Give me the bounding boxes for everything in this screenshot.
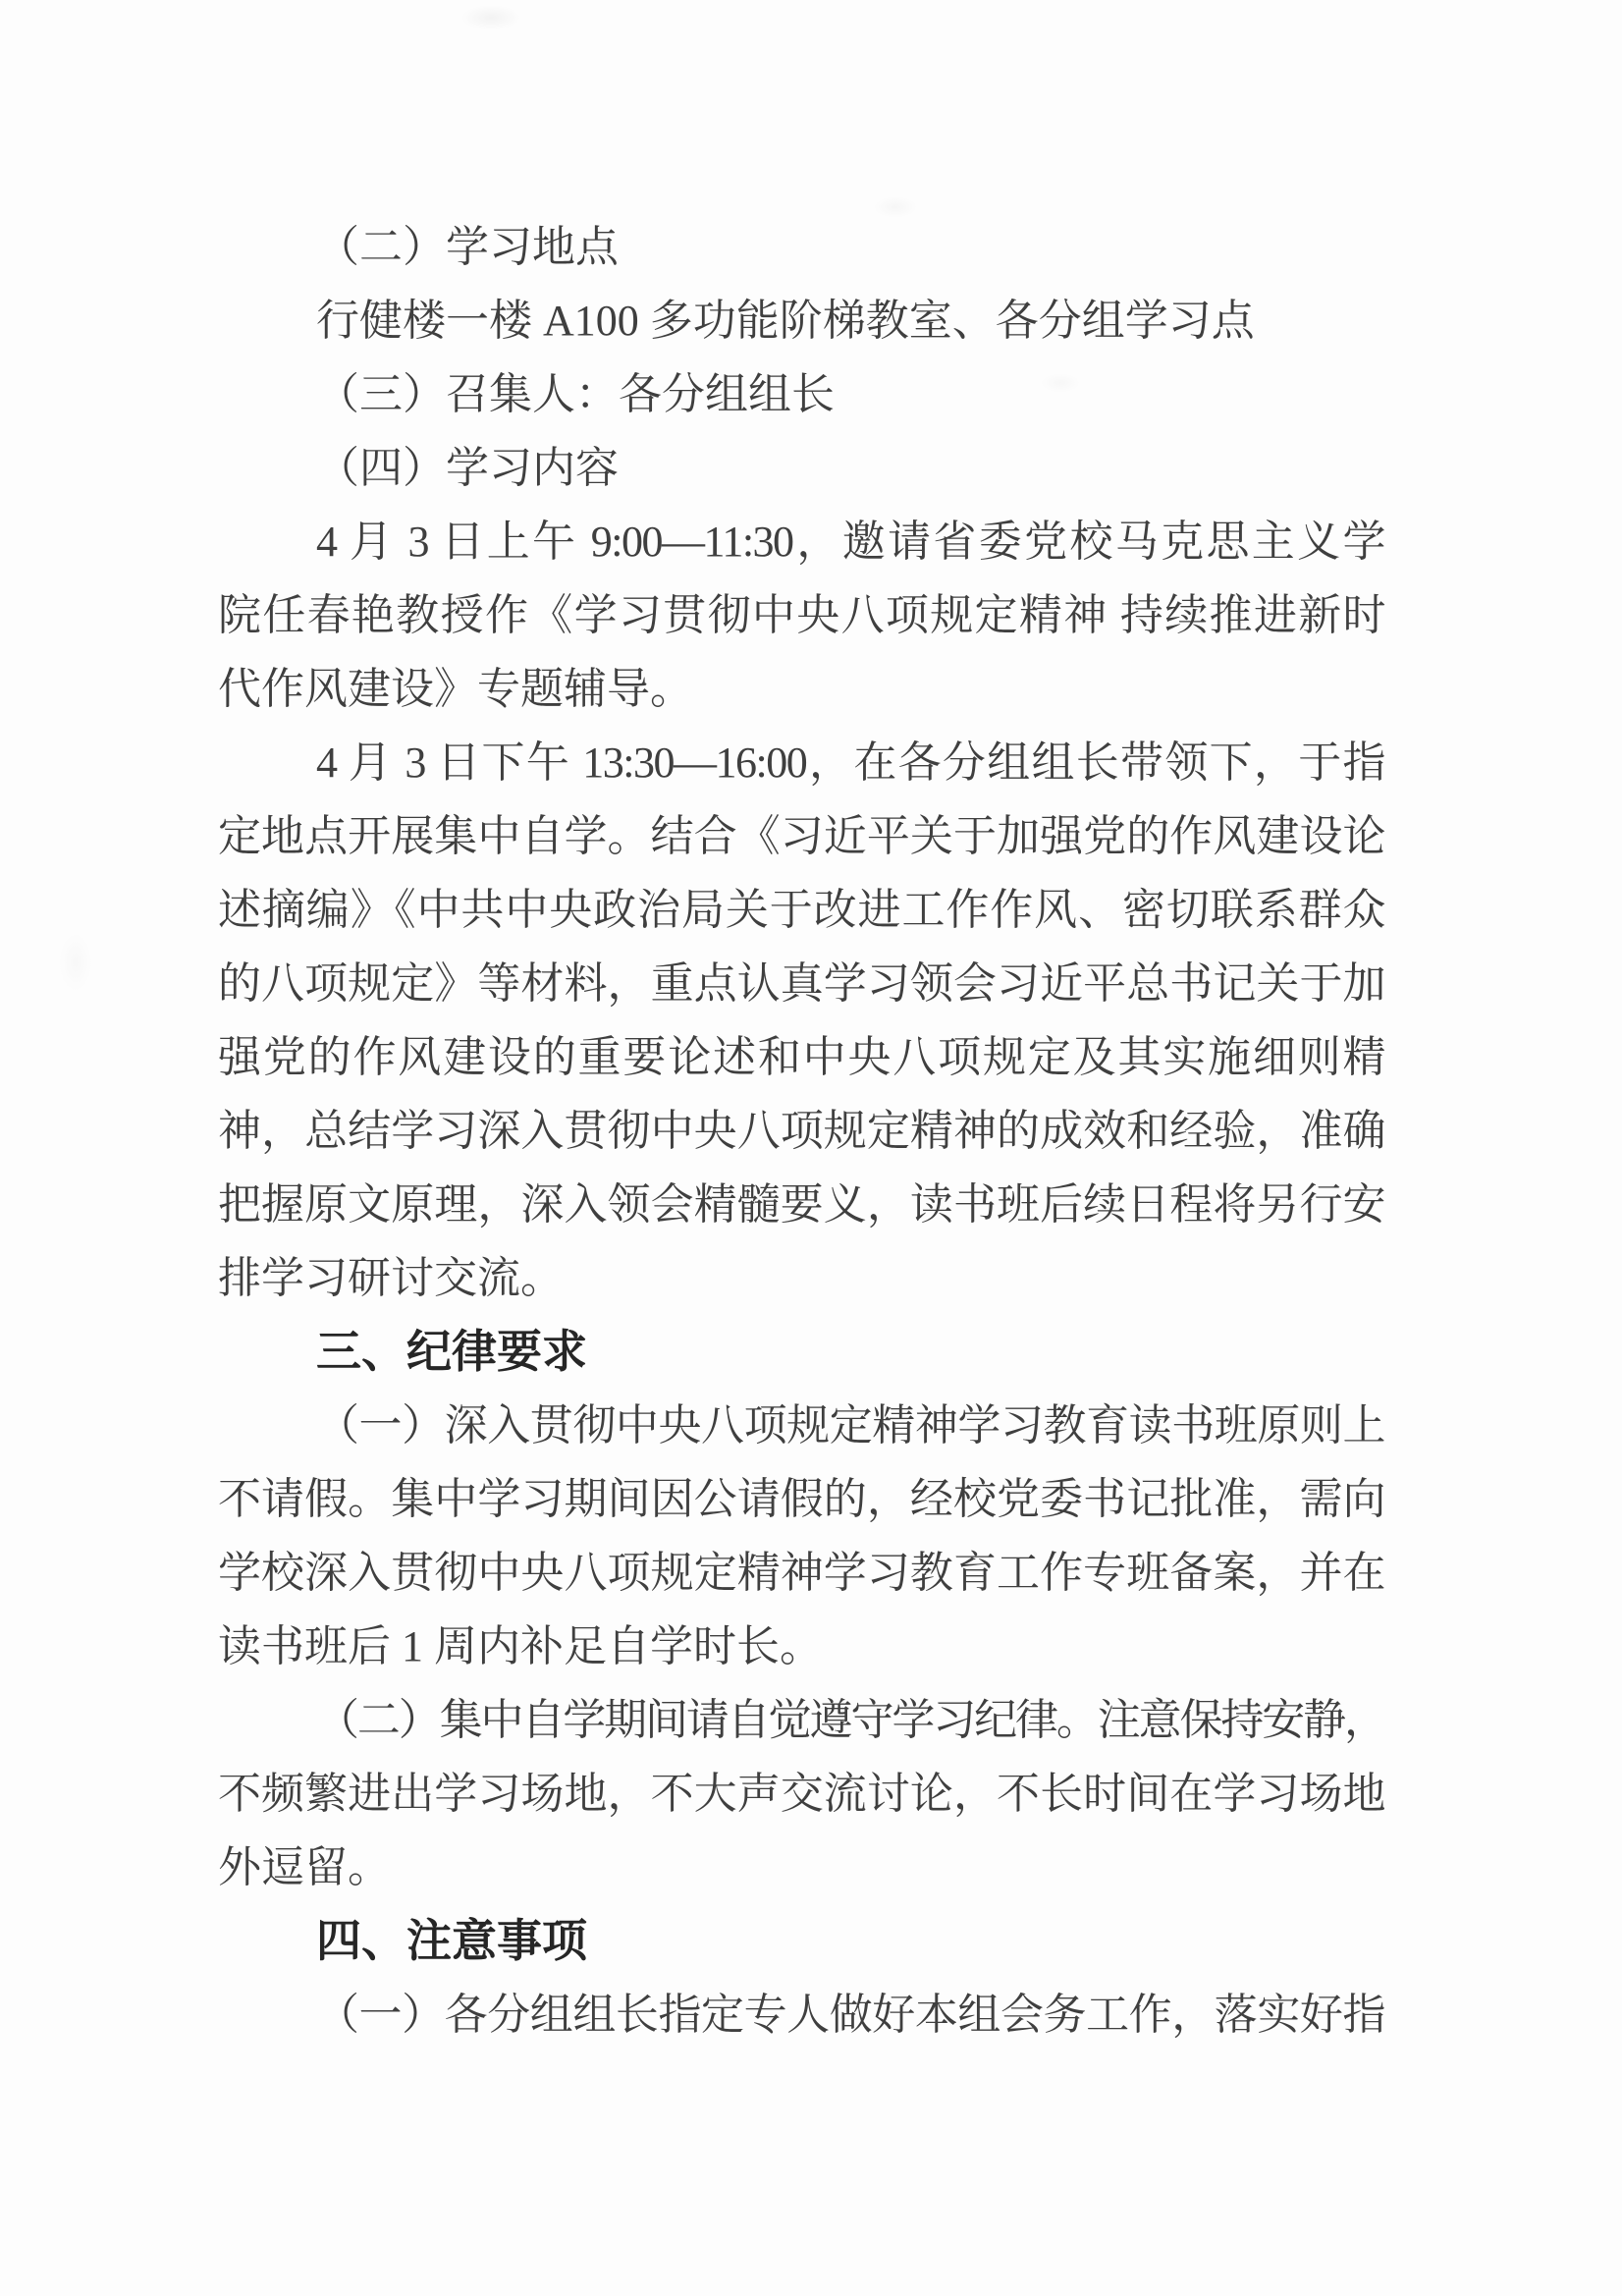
text-line-discipline-quiet-end: 外逗留。	[218, 1831, 1384, 1904]
text-line-self-study-6: 把握原文原理，深入领会精髓要义，读书班后续日程将另行安	[218, 1168, 1384, 1241]
sub-heading-study-content: （四）学习内容	[218, 431, 1384, 505]
text-line-discipline-quiet-1: （二）集中自学期间请自觉遵守学习纪律。注意保持安静，	[218, 1683, 1384, 1757]
section-heading-discipline-requirements: 三、纪律要求	[218, 1315, 1384, 1389]
text-line-discipline-2: 不请假。集中学习期间因公请假的，经校党委书记批准，需向	[218, 1462, 1384, 1536]
sub-heading-convener: （三）召集人：各分组组长	[218, 357, 1384, 431]
text-line-discipline-end: 读书班后 1 周内补足自学时长。	[218, 1610, 1384, 1683]
section-heading-precautions: 四、注意事项	[218, 1904, 1384, 1978]
text-line-afternoon-session: 4 月 3 日下午 13:30—16:00，在各分组组长带领下，于指	[218, 726, 1384, 799]
text-line-discipline-1: （一）深入贯彻中央八项规定精神学习教育读书班原则上	[218, 1389, 1384, 1462]
text-line-self-study-4: 强党的作风建设的重要论述和中央八项规定及其实施细则精	[218, 1020, 1384, 1094]
text-line-precautions-1: （一）各分组组长指定专人做好本组会务工作，落实好指	[218, 1978, 1384, 2051]
text-line-lecture-title: 院任春艳教授作《学习贯彻中央八项规定精神 持续推进新时	[218, 578, 1384, 652]
scan-smudge	[461, 5, 520, 30]
text-line-study-location-value: 行健楼一楼 A100 多功能阶梯教室、各分组学习点	[218, 284, 1384, 357]
text-line-self-study-2: 述摘编》《中共中央政治局关于改进工作作风、密切联系群众	[218, 873, 1384, 947]
text-line-self-study-1: 定地点开展集中自学。结合《习近平关于加强党的作风建设论	[218, 799, 1384, 873]
scan-smudge	[59, 933, 92, 992]
text-line-self-study-end: 排学习研讨交流。	[218, 1241, 1384, 1315]
sub-heading-study-location: （二）学习地点	[218, 210, 1384, 284]
document-text-block: （二）学习地点 行健楼一楼 A100 多功能阶梯教室、各分组学习点 （三）召集人…	[218, 210, 1384, 2051]
text-line-lecture-title-end: 代作风建设》专题辅导。	[218, 652, 1384, 726]
text-line-self-study-3: 的八项规定》等材料，重点认真学习领会习近平总书记关于加	[218, 947, 1384, 1020]
text-line-discipline-3: 学校深入贯彻中央八项规定精神学习教育工作专班备案，并在	[218, 1536, 1384, 1610]
text-line-morning-session: 4 月 3 日上午 9:00—11:30，邀请省委党校马克思主义学	[218, 505, 1384, 578]
scanned-document-page: （二）学习地点 行健楼一楼 A100 多功能阶梯教室、各分组学习点 （三）召集人…	[0, 0, 1622, 2296]
text-line-self-study-5: 神，总结学习深入贯彻中央八项规定精神的成效和经验，准确	[218, 1094, 1384, 1168]
text-line-discipline-quiet-2: 不频繁进出学习场地，不大声交流讨论，不长时间在学习场地	[218, 1757, 1384, 1831]
